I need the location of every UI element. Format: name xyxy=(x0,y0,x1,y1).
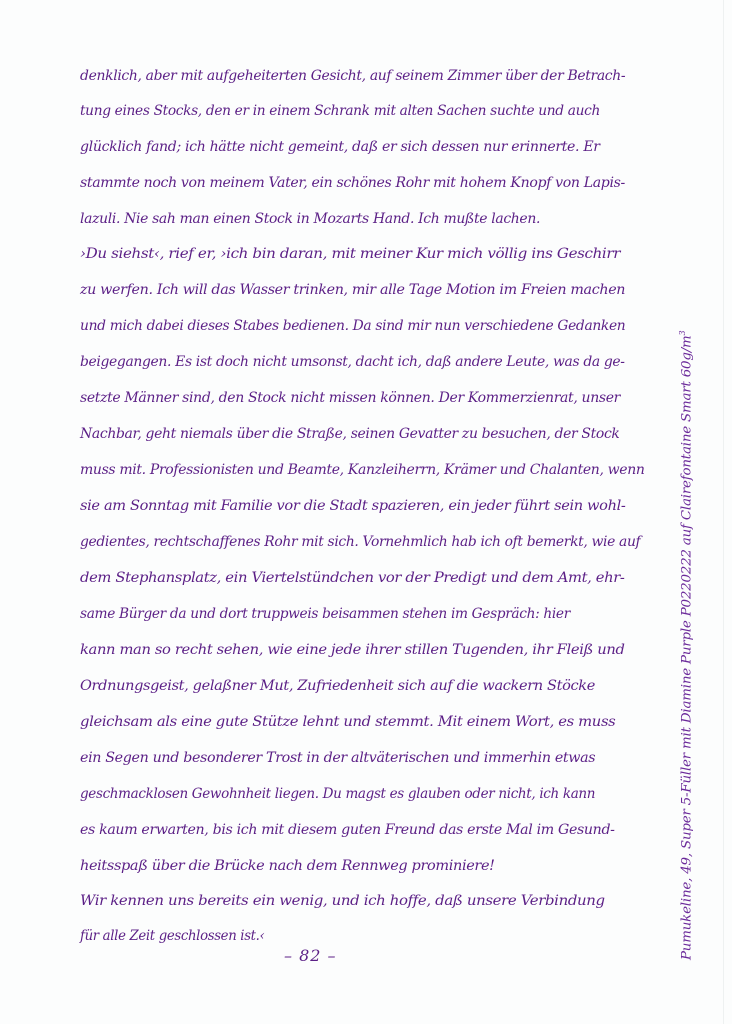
vertical-margin-note: Pumukeline, 49, Super 5-Füller mit Diami… xyxy=(678,331,694,960)
text-line: gedientes, rechtschaffenes Rohr mit sich… xyxy=(80,532,640,552)
text-line: es kaum erwarten, bis ich mit diesem gut… xyxy=(80,820,615,840)
text-line: kann man so recht sehen, wie eine jede i… xyxy=(80,640,625,660)
text-line: beigegangen. Es ist doch nicht umsonst, … xyxy=(80,352,625,372)
margin-note-superscript: 3 xyxy=(678,331,687,336)
text-line: same Bürger da und dort truppweis beisam… xyxy=(80,604,570,624)
page-number: – 82 – xyxy=(284,946,337,965)
text-line: Ordnungsgeist, gelaßner Mut, Zufriedenhe… xyxy=(80,676,595,696)
text-line: Wir kennen uns bereits ein wenig, und ic… xyxy=(80,891,605,911)
text-line: muss mit. Professionisten und Beamte, Ka… xyxy=(80,460,645,480)
text-line: ›Du siehst‹, rief er, ›ich bin daran, mi… xyxy=(80,244,620,264)
text-line: glücklich fand; ich hätte nicht gemeint,… xyxy=(80,137,600,157)
text-line: denklich, aber mit aufgeheiterten Gesich… xyxy=(80,66,625,86)
text-line: Nachbar, geht niemals über die Straße, s… xyxy=(80,424,620,444)
text-line: sie am Sonntag mit Familie vor die Stadt… xyxy=(80,496,625,516)
text-line: lazuli. Nie sah man einen Stock in Mozar… xyxy=(80,209,540,229)
text-line: heitsspaß über die Brücke nach dem Rennw… xyxy=(80,856,495,876)
text-line: gleichsam als eine gute Stütze lehnt und… xyxy=(80,712,615,732)
text-line: für alle Zeit geschlossen ist.‹ xyxy=(80,926,265,946)
margin-note-text: Pumukeline, 49, Super 5-Füller mit Diami… xyxy=(679,335,694,960)
manuscript-page: denklich, aber mit aufgeheiterten Gesich… xyxy=(0,0,732,1024)
text-line: zu werfen. Ich will das Wasser trinken, … xyxy=(80,280,625,300)
text-line: tung eines Stocks, den er in einem Schra… xyxy=(80,101,600,121)
text-line: geschmacklosen Gewohnheit liegen. Du mag… xyxy=(80,784,595,804)
paper-edge xyxy=(723,0,724,1024)
text-line: setzte Männer sind, den Stock nicht miss… xyxy=(80,388,620,408)
text-line: ein Segen und besonderer Trost in der al… xyxy=(80,748,595,768)
text-line: und mich dabei dieses Stabes bedienen. D… xyxy=(80,316,625,336)
text-line: dem Stephansplatz, ein Viertelstündchen … xyxy=(80,568,625,588)
text-line: stammte noch von meinem Vater, ein schön… xyxy=(80,173,625,193)
